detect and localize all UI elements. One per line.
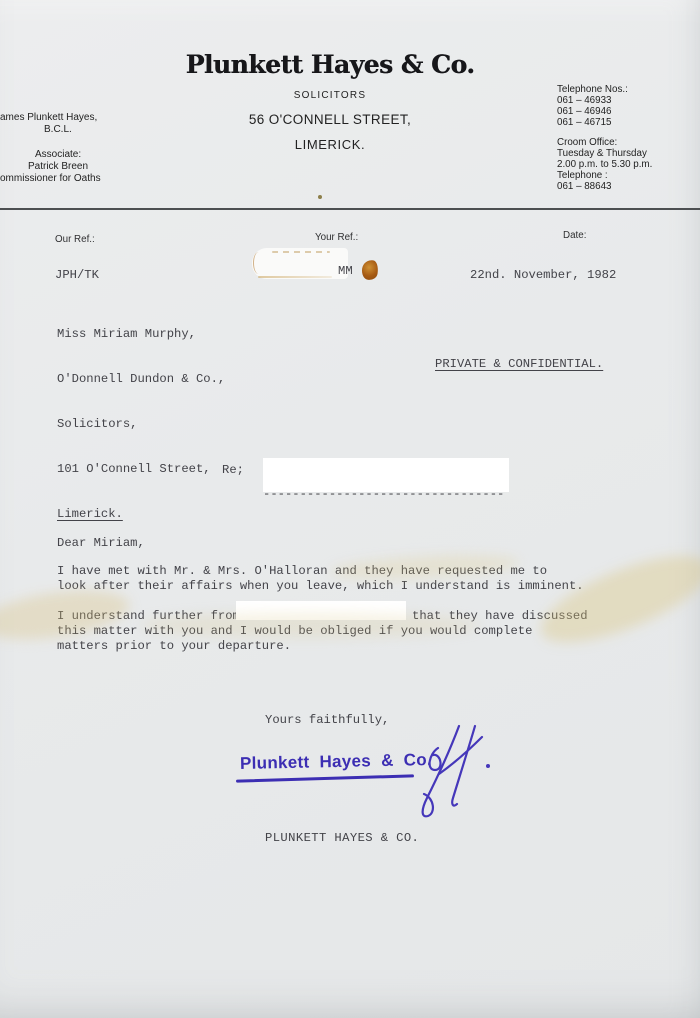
re-underline-dashes: --------------------------------- xyxy=(263,487,504,502)
date-value: 22nd. November, 1982 xyxy=(470,268,616,283)
recipient-firm: O'Donnell Dundon & Co., xyxy=(57,372,225,387)
whiteout-edge-mark xyxy=(253,252,264,274)
our-ref-label: Our Ref.: xyxy=(55,234,95,245)
recipient-street: 101 O'Connell Street, xyxy=(57,462,225,477)
phone-label: Telephone Nos.: xyxy=(557,84,652,95)
date-label: Date: xyxy=(563,230,586,241)
your-ref-value: MM xyxy=(338,264,353,279)
signature-scrawl xyxy=(393,718,497,824)
croom-phone-label: Telephone : xyxy=(557,170,652,181)
associate-label: Associate: xyxy=(35,149,81,160)
salutation: Dear Miriam, xyxy=(57,536,145,551)
croom-days: Tuesday & Thursday xyxy=(557,148,652,159)
recipient-name: Miss Miriam Murphy, xyxy=(57,327,225,342)
paper-stain xyxy=(140,612,480,638)
croom-hours: 2.00 p.m. to 5.30 p.m. xyxy=(557,159,652,170)
principal-degree: B.C.L. xyxy=(44,124,72,135)
firm-street: 56 O'CONNELL STREET, xyxy=(165,112,495,127)
contact-block: Telephone Nos.: 061 – 46933 061 – 46946 … xyxy=(557,84,652,192)
phone-number: 061 – 46946 xyxy=(557,106,652,117)
recipient-city: Limerick. xyxy=(57,507,225,522)
phone-number: 061 – 46715 xyxy=(557,117,652,128)
recipient-address: Miss Miriam Murphy, O'Donnell Dundon & C… xyxy=(57,297,225,552)
body-line: matters prior to your departure. xyxy=(57,639,291,654)
firm-subtitle: SOLICITORS xyxy=(165,90,495,101)
principal-name: ames Plunkett Hayes, xyxy=(0,112,97,123)
letterhead-divider xyxy=(0,208,700,210)
associate-name: Patrick Breen xyxy=(28,161,88,172)
re-label: Re; xyxy=(222,463,244,478)
firm-city: LIMERICK. xyxy=(165,137,495,152)
phone-number: 061 – 46933 xyxy=(557,95,652,106)
ink-speck xyxy=(318,195,322,199)
croom-office-label: Croom Office: xyxy=(557,137,652,148)
confidential-notice: PRIVATE & CONFIDENTIAL. xyxy=(435,357,603,372)
valediction: Yours faithfully, xyxy=(265,713,389,728)
whiteout-smear xyxy=(272,251,330,253)
your-ref-label: Your Ref.: xyxy=(315,232,358,243)
croom-phone: 061 – 88643 xyxy=(557,181,652,192)
stain-blob xyxy=(361,259,380,281)
body-line: look after their affairs when you leave,… xyxy=(57,579,584,594)
stamp-underline xyxy=(236,774,414,783)
paper-stain xyxy=(531,538,700,659)
our-ref-value: JPH/TK xyxy=(55,268,99,283)
associate-title: ommissioner for Oaths xyxy=(0,173,101,184)
firm-name: Plunkett Hayes & Co. xyxy=(165,50,495,79)
recipient-role: Solicitors, xyxy=(57,417,225,432)
typed-firm-name: PLUNKETT HAYES & CO. xyxy=(265,831,419,846)
scanned-letter: Plunkett Hayes & Co. SOLICITORS 56 O'CON… xyxy=(0,0,700,1018)
